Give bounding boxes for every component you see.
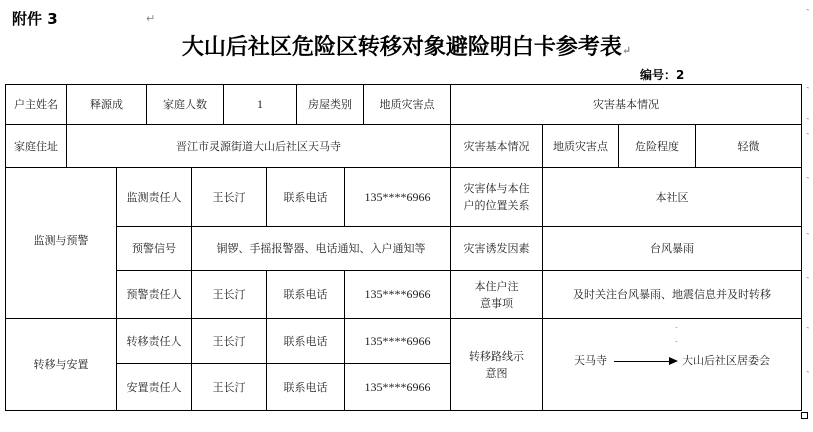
house-type-value[interactable]: 地质灾害点 — [363, 84, 451, 125]
transfer-person-value[interactable]: 王长汀 — [191, 318, 267, 364]
page-title: 大山后社区危险区转移对象避险明白卡参考表↵ — [0, 30, 813, 61]
settle-phone-value[interactable]: 135****6966 — [344, 363, 451, 411]
head-name-value[interactable]: 释源成 — [66, 84, 147, 125]
head-name-label: 户主姓名 — [5, 84, 67, 125]
row-end-mark-icon: ˺ — [806, 176, 809, 187]
cell-mark-icon: ˺ — [675, 340, 678, 349]
position-relation-label: 灾害体与本住户的位置关系 — [450, 167, 543, 227]
address-label: 家庭住址 — [5, 124, 67, 168]
monitor-phone-label: 联系电话 — [266, 167, 345, 227]
position-relation-value[interactable]: 本社区 — [542, 167, 802, 227]
settle-person-label: 安置责任人 — [116, 363, 192, 411]
monitor-phone-value[interactable]: 135****6966 — [344, 167, 451, 227]
route-to: 大山后社区居委会 — [682, 352, 770, 368]
disaster-type-label: 灾害基本情况 — [450, 124, 543, 168]
row-end-mark-icon: ˺ — [806, 370, 809, 381]
serial-value: 2 — [676, 68, 684, 82]
trigger-label: 灾害诱发因素 — [450, 226, 543, 271]
transfer-phone-label: 联系电话 — [266, 318, 345, 364]
route-arrow-line — [614, 361, 672, 362]
monitor-person-label: 监测责任人 — [116, 167, 192, 227]
title-text: 大山后社区危险区转移对象避险明白卡参考表 — [182, 34, 622, 60]
warning-phone-value[interactable]: 135****6966 — [344, 270, 451, 319]
arrow-right-icon — [669, 357, 678, 365]
serial-label: 编号： — [640, 68, 676, 82]
route-label: 转移路线示意图 — [450, 318, 543, 411]
house-type-label: 房屋类别 — [296, 84, 364, 125]
disaster-type-value[interactable]: 地质灾害点 — [542, 124, 619, 168]
warning-person-value[interactable]: 王长汀 — [191, 270, 267, 319]
danger-level-value[interactable]: 轻微 — [695, 124, 802, 168]
serial-number: 编号：2 — [640, 66, 684, 83]
annex-label: 附件 3 — [12, 8, 58, 29]
row-end-mark-icon: ˺ — [806, 232, 809, 243]
family-size-value[interactable]: 1 — [223, 84, 297, 125]
notice-value[interactable]: 及时关注台风暴雨、地震信息并及时转移 — [542, 270, 802, 319]
warning-phone-label: 联系电话 — [266, 270, 345, 319]
row-end-mark-icon: ˺ — [806, 326, 809, 337]
settle-phone-label: 联系电话 — [266, 363, 345, 411]
signal-label: 预警信号 — [116, 226, 192, 271]
address-value[interactable]: 晋江市灵源街道大山后社区天马寺 — [66, 124, 451, 168]
monitor-person-value[interactable]: 王长汀 — [191, 167, 267, 227]
cell-mark-icon: ˺ — [675, 326, 678, 335]
signal-value[interactable]: 铜锣、手摇报警器、电话通知、入户通知等 — [191, 226, 451, 271]
row-end-mark-icon: ˺ — [806, 117, 809, 128]
paragraph-mark-icon: ↵ — [146, 12, 155, 25]
table-resize-handle[interactable] — [801, 412, 808, 419]
transfer-phone-value[interactable]: 135****6966 — [344, 318, 451, 364]
annex-text: 附件 3 — [12, 10, 58, 28]
disaster-section-header: 灾害基本情况 — [450, 84, 802, 125]
paragraph-mark-icon: ↵ — [622, 44, 631, 57]
transfer-person-label: 转移责任人 — [116, 318, 192, 364]
notice-label: 本住户注意事项 — [450, 270, 543, 319]
trigger-value[interactable]: 台风暴雨 — [542, 226, 802, 271]
monitoring-section-label: 监测与预警 — [5, 167, 117, 319]
danger-level-label: 危险程度 — [618, 124, 696, 168]
settle-person-value[interactable]: 王长汀 — [191, 363, 267, 411]
warning-person-label: 预警责任人 — [116, 270, 192, 319]
family-size-label: 家庭人数 — [146, 84, 224, 125]
transfer-section-label: 转移与安置 — [5, 318, 117, 411]
row-end-mark-icon: ˺ — [806, 86, 809, 97]
row-end-mark-icon: ˺ — [806, 132, 809, 143]
route-from: 天马寺 — [574, 352, 607, 368]
row-end-mark-icon: ˺ — [806, 276, 809, 287]
row-end-mark-icon: ˺ — [806, 8, 809, 19]
